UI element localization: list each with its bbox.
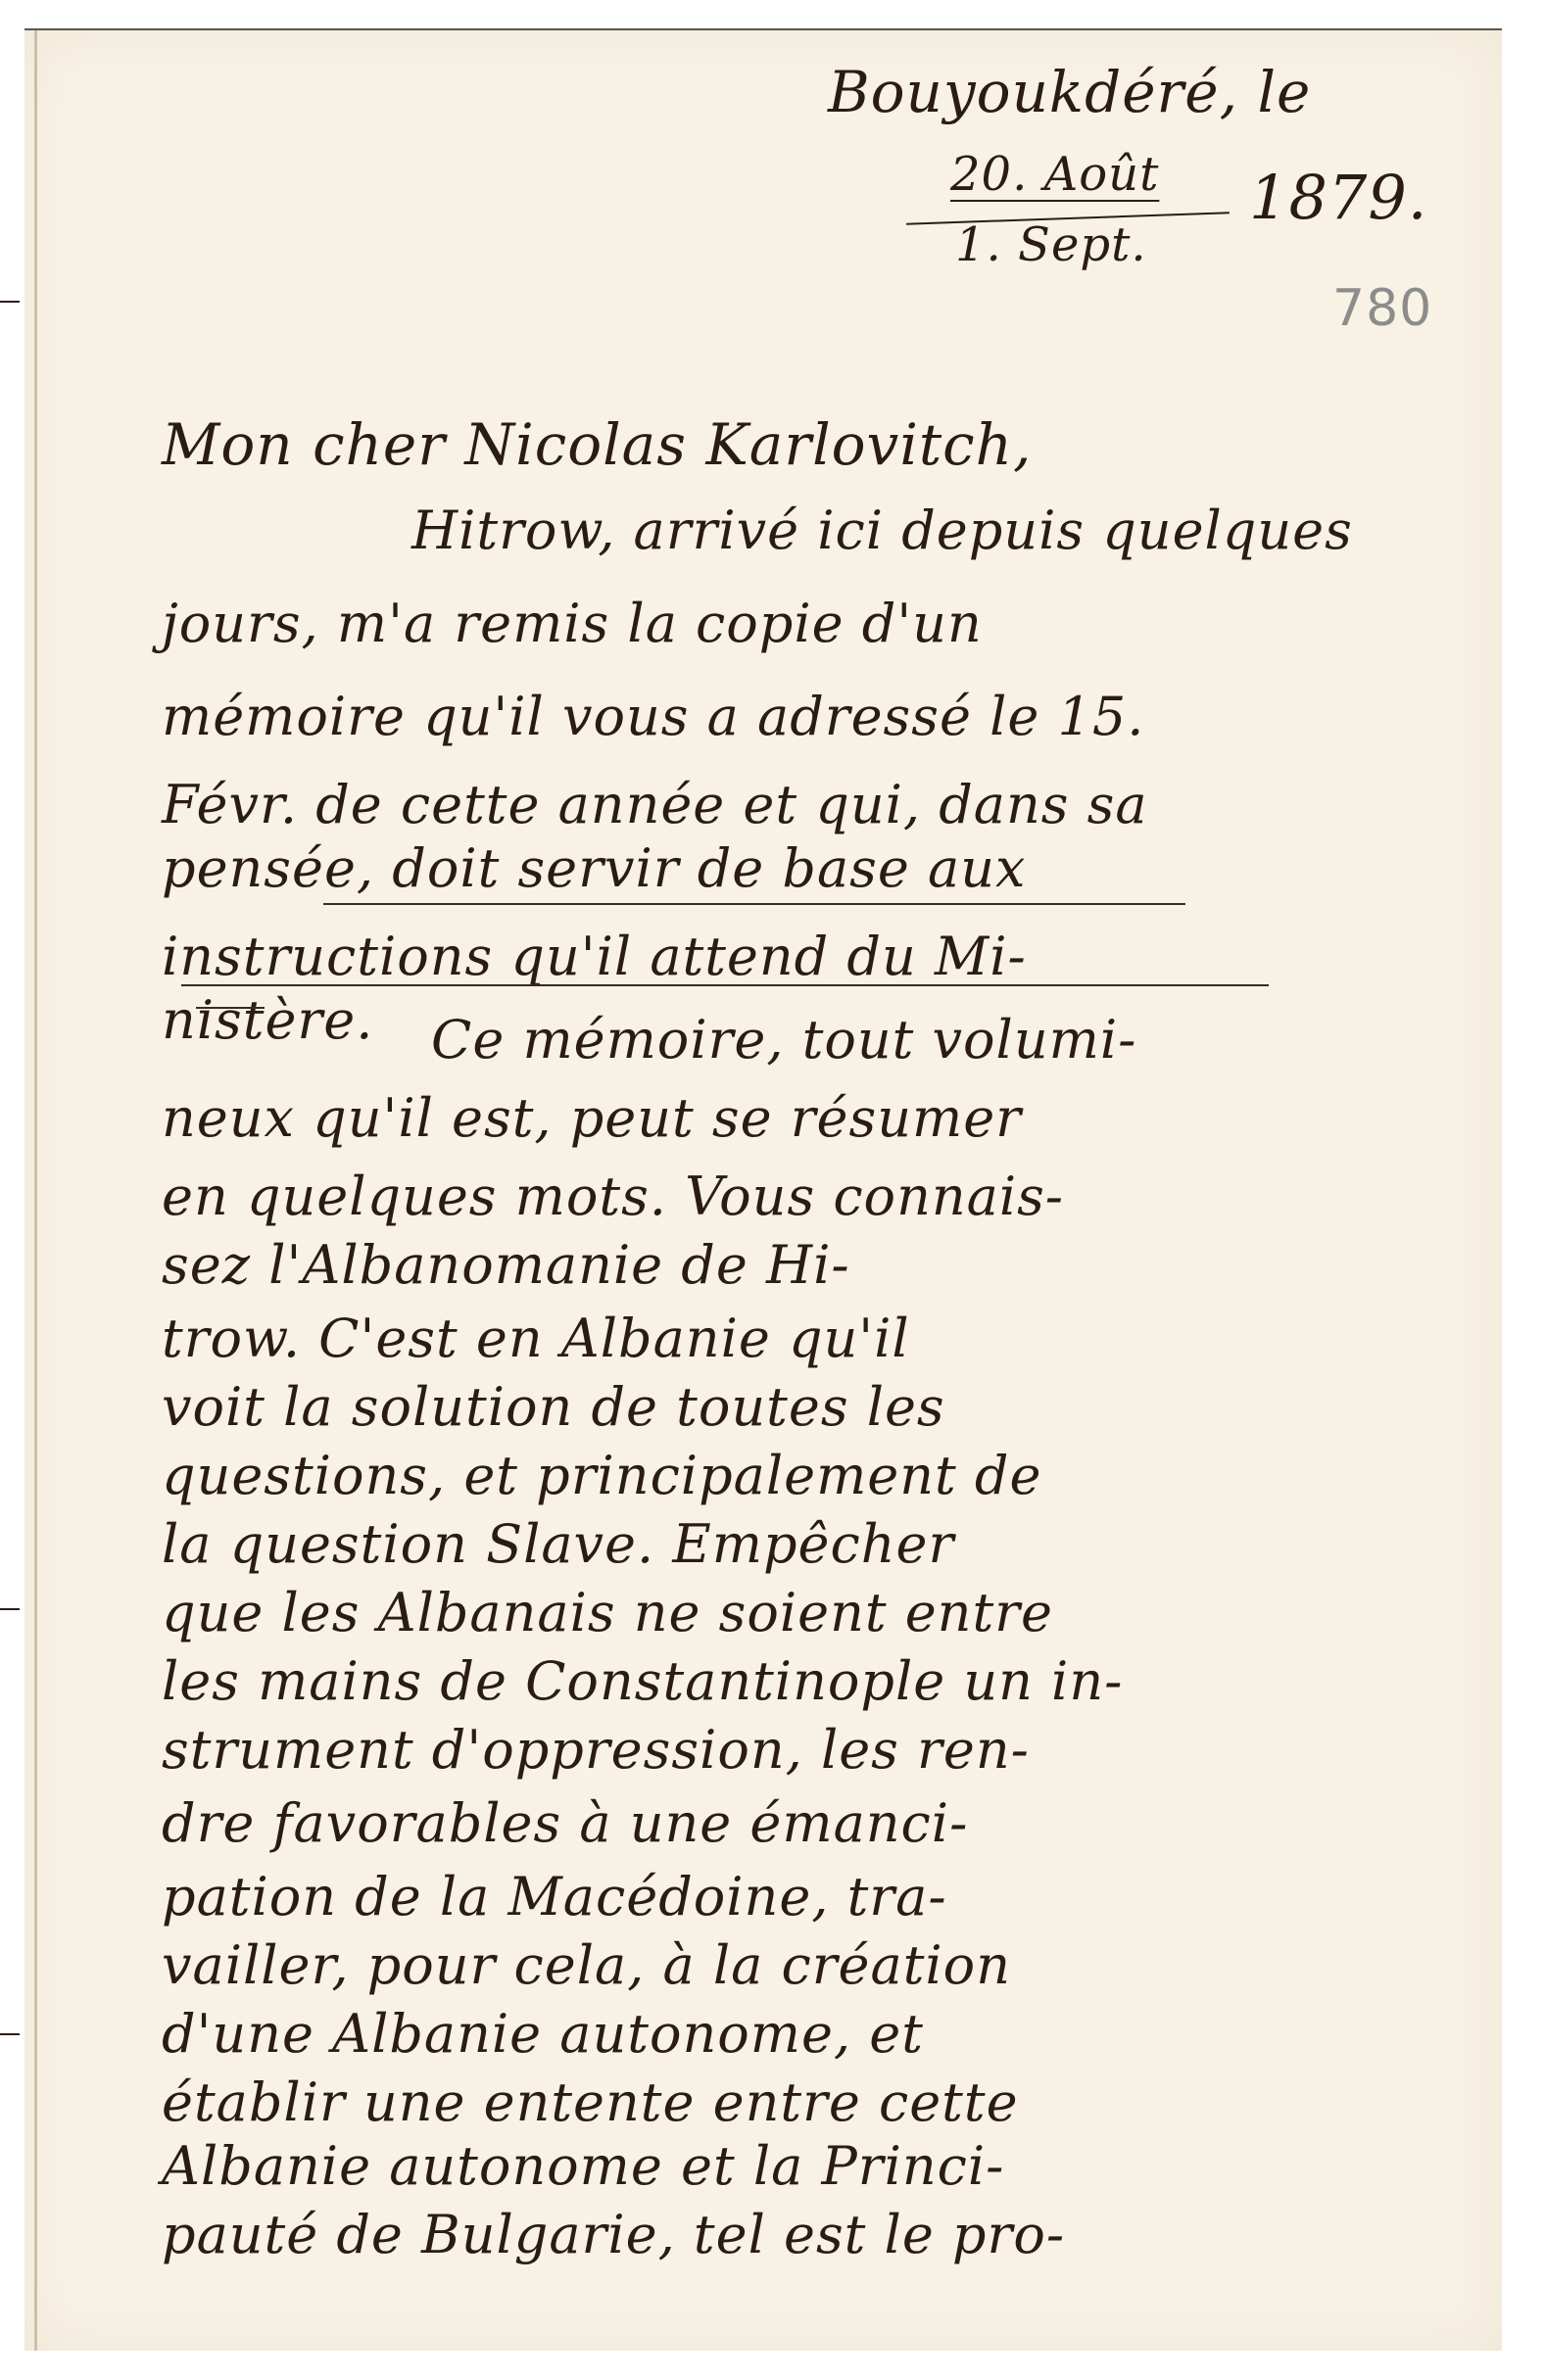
- body-line: voit la solution de toutes les: [162, 1376, 945, 1438]
- body-line: Févr. de cette année et qui, dans sa: [162, 774, 1148, 835]
- text-underline: [181, 984, 1269, 986]
- paragraph-dash: [196, 1007, 265, 1009]
- body-line: pauté de Bulgarie, tel est le pro-: [162, 2204, 1065, 2265]
- body-line: strument d'oppression, les ren-: [162, 1719, 1030, 1781]
- body-line: pensée, doit servir de base aux: [162, 837, 1026, 899]
- body-line: jours, m'a remis la copie d'un: [162, 593, 983, 654]
- body-line: dre favorables à une émanci-: [162, 1792, 968, 1854]
- body-line: Ce mémoire, tout volumi-: [431, 1009, 1136, 1071]
- folio-number: 780: [1332, 279, 1432, 338]
- body-line: d'une Albanie autonome, et: [162, 2003, 924, 2065]
- body-line: mémoire qu'il vous a adressé le 15.: [162, 686, 1144, 747]
- body-line: nistère.: [162, 989, 373, 1051]
- letter-place: Bouyoukdéré, le: [828, 59, 1311, 125]
- body-line: la question Slave. Empêcher: [162, 1513, 954, 1575]
- date-new-style: 1. Sept.: [955, 217, 1147, 272]
- text-underline: [323, 903, 1185, 905]
- letter-year: 1879.: [1249, 162, 1428, 233]
- body-line: instructions qu'il attend du Mi-: [162, 926, 1027, 987]
- body-line: que les Albanais ne soient entre: [162, 1582, 1053, 1643]
- body-line: Hitrow, arrivé ici depuis quelques: [411, 500, 1353, 561]
- body-line: pation de la Macédoine, tra-: [162, 1866, 947, 1928]
- page-fold-line: [34, 30, 37, 2351]
- date-old-style: 20. Août: [950, 147, 1159, 202]
- body-line: questions, et principalement de: [162, 1445, 1041, 1506]
- body-line: trow. C'est en Albanie qu'il: [162, 1308, 910, 1369]
- body-line: sez l'Albanomanie de Hi-: [162, 1234, 850, 1296]
- margin-mark: [0, 1608, 20, 1610]
- margin-mark: [0, 301, 20, 303]
- margin-mark: [0, 2033, 20, 2035]
- body-line: établir une entente entre cette: [162, 2071, 1019, 2133]
- body-line: Albanie autonome et la Princi-: [162, 2135, 1004, 2197]
- letter-greeting: Mon cher Nicolas Karlovitch,: [162, 411, 1032, 478]
- body-line: en quelques mots. Vous connais-: [162, 1166, 1064, 1227]
- body-line: neux qu'il est, peut se résumer: [162, 1087, 1022, 1149]
- body-line: vailler, pour cela, à la création: [162, 1934, 1011, 1996]
- body-line: les mains de Constantinople un in-: [162, 1650, 1123, 1712]
